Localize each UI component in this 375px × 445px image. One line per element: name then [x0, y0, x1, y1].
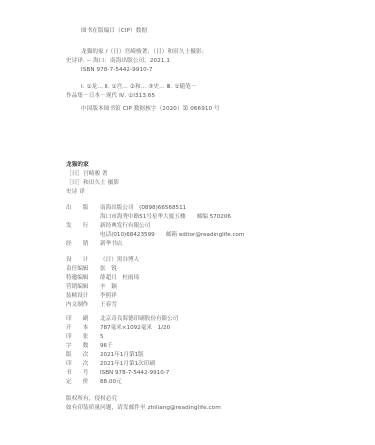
book-translator: 史诗 译: [66, 189, 85, 196]
label: 设 计: [66, 257, 100, 264]
quality-contact: 如有印装质量问题，请发邮件至 zhiliang@readinglife.com: [66, 405, 221, 412]
value: 海口市海秀中路51号星华大厦五楼 邮编 570206: [100, 214, 231, 221]
value: 96千: [100, 343, 113, 350]
label: 出 版: [66, 205, 100, 212]
word-count-row: 字 数96千: [66, 343, 113, 350]
label: 字 数: [66, 343, 100, 350]
price-row: 定 价88.00元: [66, 379, 122, 386]
book-author: ［日］宫崎骏 著: [66, 171, 108, 178]
label: 经 销: [66, 241, 100, 248]
label: 印 张: [66, 334, 100, 341]
cip-line-1: 龙猫的家 /（日）宫崎骏著；（日）和田久士摄影；: [81, 49, 207, 56]
isbn-row: 书 号ISBN 978-7-5442-9910-7: [66, 370, 169, 377]
value: 电话(010)68423599 邮箱 editor@readinglife.co…: [100, 232, 244, 239]
value: 5: [100, 334, 104, 341]
rights-notice: 版权所有，侵权必究: [66, 396, 117, 403]
label: 开 本: [66, 325, 100, 332]
publisher-address-row: 海口市海秀中路51号星华大厦五楼 邮编 570206: [66, 214, 231, 221]
label: 发 行: [66, 223, 100, 230]
value: 北京奇良海德印刷股份有限公司: [100, 316, 178, 323]
binding-designer-row: 装帧设计李照祥: [66, 293, 117, 300]
label: 责任编辑: [66, 266, 100, 273]
label: 装帧设计: [66, 293, 100, 300]
cip-line-2: 史诗译. -- 海口：南海出版公司，2021.1: [66, 58, 170, 65]
label: 印 刷: [66, 316, 100, 323]
sheets-row: 印 张5: [66, 334, 104, 341]
interior-production-row: 内文制作王春雪: [66, 302, 117, 309]
label: 定 价: [66, 379, 100, 386]
distributor-row: 发 行新经典发行有限公司: [66, 223, 150, 230]
cip-heading: 图书在版编目（CIP）数据: [81, 28, 147, 35]
book-photographer: ［日］和田久士 摄影: [66, 180, 119, 187]
edition-row: 版 次2021年1月第1版: [66, 352, 144, 359]
value: （日）黑谷博人: [100, 257, 139, 264]
value: 2021年1月第1次印刷: [100, 361, 155, 368]
printer-row: 印 刷北京奇良海德印刷股份有限公司: [66, 316, 178, 323]
seller-row: 经 销新华书店: [66, 241, 122, 248]
copyright-page: 图书在版编目（CIP）数据 龙猫的家 /（日）宫崎骏著；（日）和田久士摄影； 史…: [0, 0, 375, 445]
label: 印 次: [66, 361, 100, 368]
designer-row: 设 计（日）黑谷博人: [66, 257, 139, 264]
value: 王春雪: [100, 302, 117, 309]
cip-line-5: 作品集－日本－现代 Ⅳ. ①I313.65: [66, 93, 155, 100]
cip-record-number: 中国版本图书馆 CIP 数据核字（2020）第 066910 号: [81, 106, 220, 113]
value: 辛 颖: [100, 284, 117, 291]
publisher-row: 出 版南海出版公司 (0898)66568511: [66, 205, 186, 212]
value: 88.00元: [100, 379, 122, 386]
value: 张 锐: [100, 266, 117, 273]
value: 新经典发行有限公司: [100, 223, 150, 230]
book-title: 龙猫的家: [66, 162, 89, 169]
responsible-editor-row: 责任编辑张 锐: [66, 266, 117, 273]
value: ISBN 978-7-5442-9910-7: [100, 370, 169, 377]
format-row: 开 本787毫米×1092毫米 1/20: [66, 325, 170, 332]
cip-line-4: Ⅰ. ①龙… Ⅱ. ①宫… ②和… ③史… Ⅲ. ①随笔－: [81, 84, 197, 91]
printing-row: 印 次2021年1月第1次印刷: [66, 361, 155, 368]
label: 营销编辑: [66, 284, 100, 291]
value: 南海出版公司 (0898)66568511: [100, 205, 186, 212]
label: 版 次: [66, 352, 100, 359]
value: 787毫米×1092毫米 1/20: [100, 325, 170, 332]
marketing-editor-row: 营销编辑辛 颖: [66, 284, 117, 291]
label: 特邀编辑: [66, 275, 100, 282]
label: 内文制作: [66, 302, 100, 309]
value: 薛超月 杜雨琦: [100, 275, 139, 282]
guest-editor-row: 特邀编辑薛超月 杜雨琦: [66, 275, 139, 282]
value: 2021年1月第1版: [100, 352, 144, 359]
value: 新华书店: [100, 241, 122, 248]
value: 李照祥: [100, 293, 117, 300]
label: 书 号: [66, 370, 100, 377]
distributor-contact-row: 电话(010)68423599 邮箱 editor@readinglife.co…: [66, 232, 244, 239]
cip-isbn: ISBN 978-7-5442-9910-7: [81, 67, 153, 74]
